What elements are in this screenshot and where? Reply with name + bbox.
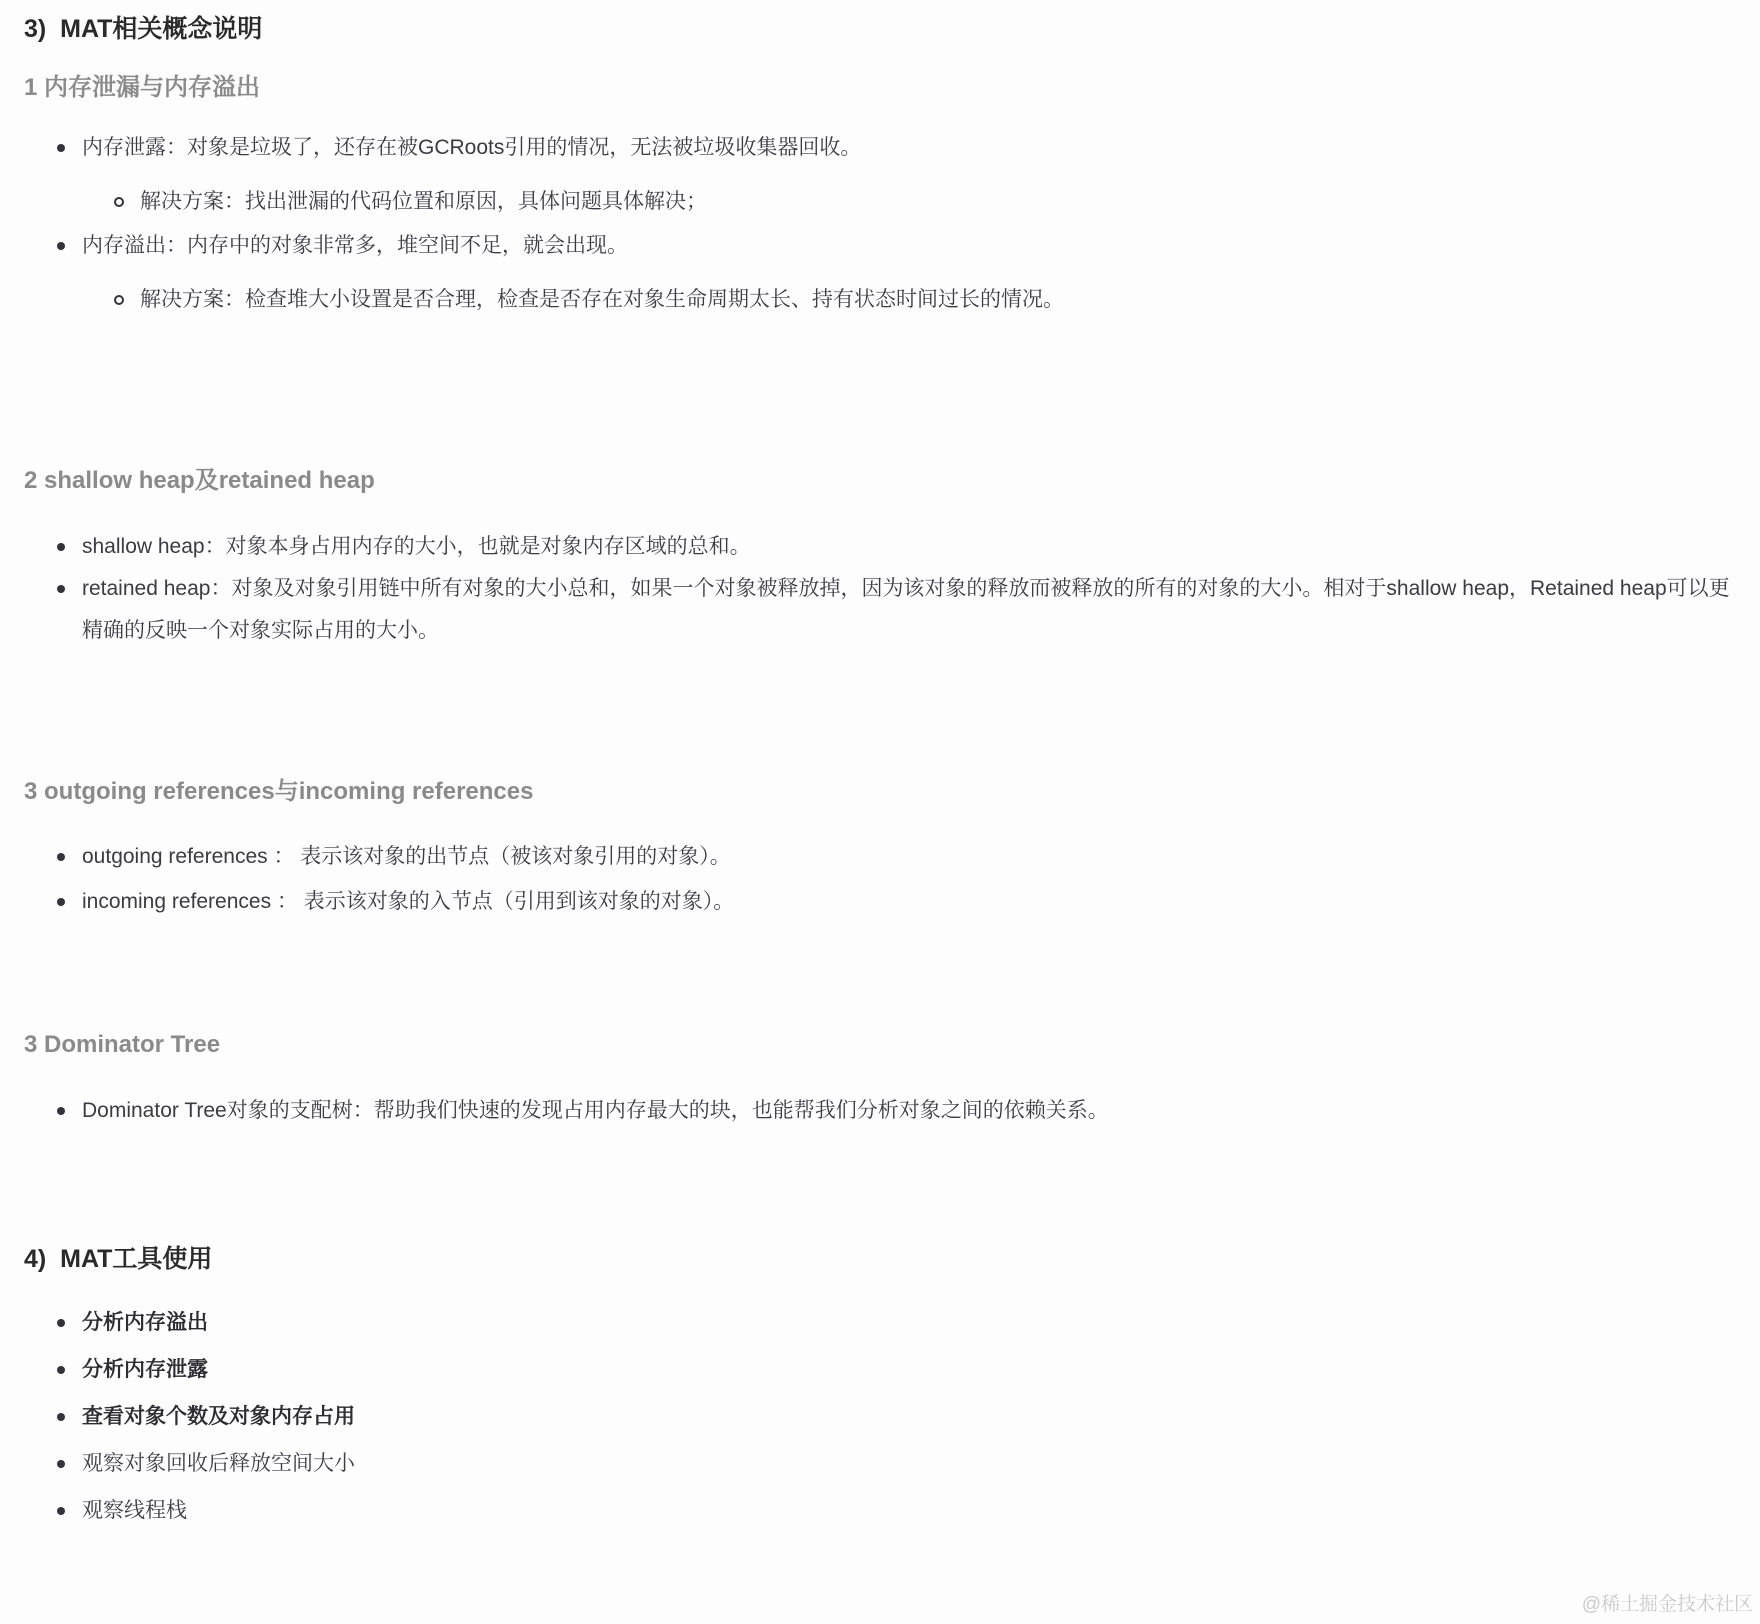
bullet-list-dominator: Dominator Tree对象的支配树：帮助我们快速的发现占用内存最大的块，也… [24, 1090, 1732, 1132]
list-item: 解决方案：找出泄漏的代码位置和原因，具体问题具体解决； [140, 181, 1732, 223]
list-item-text: 内存泄露：对象是垃圾了，还存在被GCRoots引用的情况，无法被垃圾收集器回收。 [82, 136, 861, 159]
list-item-text: 内存溢出：内存中的对象非常多，堆空间不足，就会出现。 [82, 234, 628, 257]
list-item-text: 观察对象回收后释放空间大小 [82, 1452, 355, 1475]
sub-bullet-list: 解决方案：检查堆大小设置是否合理，检查是否存在对象生命周期太长、持有状态时间过长… [82, 279, 1732, 321]
list-item-text: 解决方案：检查堆大小设置是否合理，检查是否存在对象生命周期太长、持有状态时间过长… [140, 288, 1064, 311]
list-item: retained heap：对象及对象引用链中所有对象的大小总和，如果一个对象被… [82, 568, 1732, 652]
list-item-text: 分析内存泄露 [82, 1358, 208, 1381]
watermark: @稀土掘金技术社区 [1582, 1589, 1753, 1616]
list-item: 分析内存泄露 [82, 1349, 1732, 1391]
list-item-text: Dominator Tree对象的支配树：帮助我们快速的发现占用内存最大的块，也… [82, 1099, 1109, 1122]
list-item: 观察线程栈 [82, 1490, 1732, 1532]
section-title-references: 3 outgoing references与incoming reference… [24, 778, 1732, 807]
heading-mat-concepts: 3) MAT相关概念说明 [24, 14, 1732, 44]
sub-bullet-list: 解决方案：找出泄漏的代码位置和原因，具体问题具体解决； [82, 181, 1732, 223]
heading-mat-tools: 4) MAT工具使用 [24, 1244, 1732, 1274]
list-item: 观察对象回收后释放空间大小 [82, 1443, 1732, 1485]
bullet-list-tools: 分析内存溢出 分析内存泄露 查看对象个数及对象内存占用 观察对象回收后释放空间大… [24, 1302, 1732, 1532]
bullet-list-leak-overflow: 内存泄露：对象是垃圾了，还存在被GCRoots引用的情况，无法被垃圾收集器回收。… [24, 127, 1732, 321]
list-item-text: shallow heap：对象本身占用内存的大小，也就是对象内存区域的总和。 [82, 535, 751, 558]
list-item-text: 观察线程栈 [82, 1499, 187, 1522]
list-item-text: incoming references ： 表示该对象的入节点（引用到该对象的对… [82, 890, 734, 913]
list-item: 查看对象个数及对象内存占用 [82, 1396, 1732, 1438]
list-item: 内存溢出：内存中的对象非常多，堆空间不足，就会出现。 解决方案：检查堆大小设置是… [82, 225, 1732, 321]
section-title-leak-overflow: 1 内存泄漏与内存溢出 [24, 74, 1732, 103]
list-item: Dominator Tree对象的支配树：帮助我们快速的发现占用内存最大的块，也… [82, 1090, 1732, 1132]
document-page: 3) MAT相关概念说明 1 内存泄漏与内存溢出 内存泄露：对象是垃圾了，还存在… [0, 0, 1760, 1532]
list-item: 分析内存溢出 [82, 1302, 1732, 1344]
section-title-heaps: 2 shallow heap及retained heap [24, 467, 1732, 496]
bullet-list-heaps: shallow heap：对象本身占用内存的大小，也就是对象内存区域的总和。 r… [24, 526, 1732, 652]
bullet-list-references: outgoing references ： 表示该对象的出节点（被该对象引用的对… [24, 836, 1732, 923]
list-item-text: 解决方案：找出泄漏的代码位置和原因，具体问题具体解决； [140, 190, 707, 213]
list-item-text: outgoing references ： 表示该对象的出节点（被该对象引用的对… [82, 845, 731, 868]
list-item-text: retained heap：对象及对象引用链中所有对象的大小总和，如果一个对象被… [82, 577, 1730, 642]
section-title-dominator-tree: 3 Dominator Tree [24, 1031, 1732, 1060]
list-item-text: 分析内存溢出 [82, 1311, 208, 1334]
list-item: 内存泄露：对象是垃圾了，还存在被GCRoots引用的情况，无法被垃圾收集器回收。… [82, 127, 1732, 223]
list-item: 解决方案：检查堆大小设置是否合理，检查是否存在对象生命周期太长、持有状态时间过长… [140, 279, 1732, 321]
list-item: outgoing references ： 表示该对象的出节点（被该对象引用的对… [82, 836, 1732, 878]
list-item-text: 查看对象个数及对象内存占用 [82, 1405, 355, 1428]
list-item: incoming references ： 表示该对象的入节点（引用到该对象的对… [82, 881, 1732, 923]
list-item: shallow heap：对象本身占用内存的大小，也就是对象内存区域的总和。 [82, 526, 1732, 568]
